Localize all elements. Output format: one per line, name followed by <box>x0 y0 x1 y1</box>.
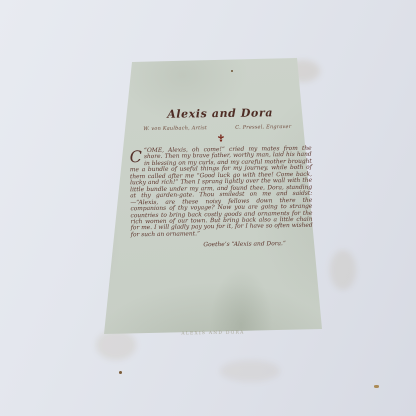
printed-text-block: Alexis and Dora W. von Kaulbach, Artist … <box>127 106 315 250</box>
foxing-speck <box>119 371 122 374</box>
photo-of-antique-print: Alexis and Dora W. von Kaulbach, Artist … <box>0 0 416 416</box>
paper-stain <box>220 360 280 382</box>
credits-row: W. von Kaulbach, Artist C. Pressel, Engr… <box>127 119 313 133</box>
edge-wear-mark <box>374 385 379 388</box>
excerpt-text: OME, Alexis, oh come!” cried my mates fr… <box>130 146 313 238</box>
paper-stain <box>96 330 136 360</box>
fleur-de-lis-ornament-icon <box>127 133 313 144</box>
excerpt-paragraph: C“OME, Alexis, oh come!” cried my mates … <box>128 146 315 239</box>
paper-stain <box>330 250 356 290</box>
foxing-speck <box>231 70 233 72</box>
drop-cap: C <box>130 149 142 164</box>
artist-credit: W. von Kaulbach, Artist <box>143 125 207 132</box>
engraver-credit: C. Pressel, Engraver <box>235 124 291 131</box>
fleur-de-lis-glyph <box>217 134 224 142</box>
